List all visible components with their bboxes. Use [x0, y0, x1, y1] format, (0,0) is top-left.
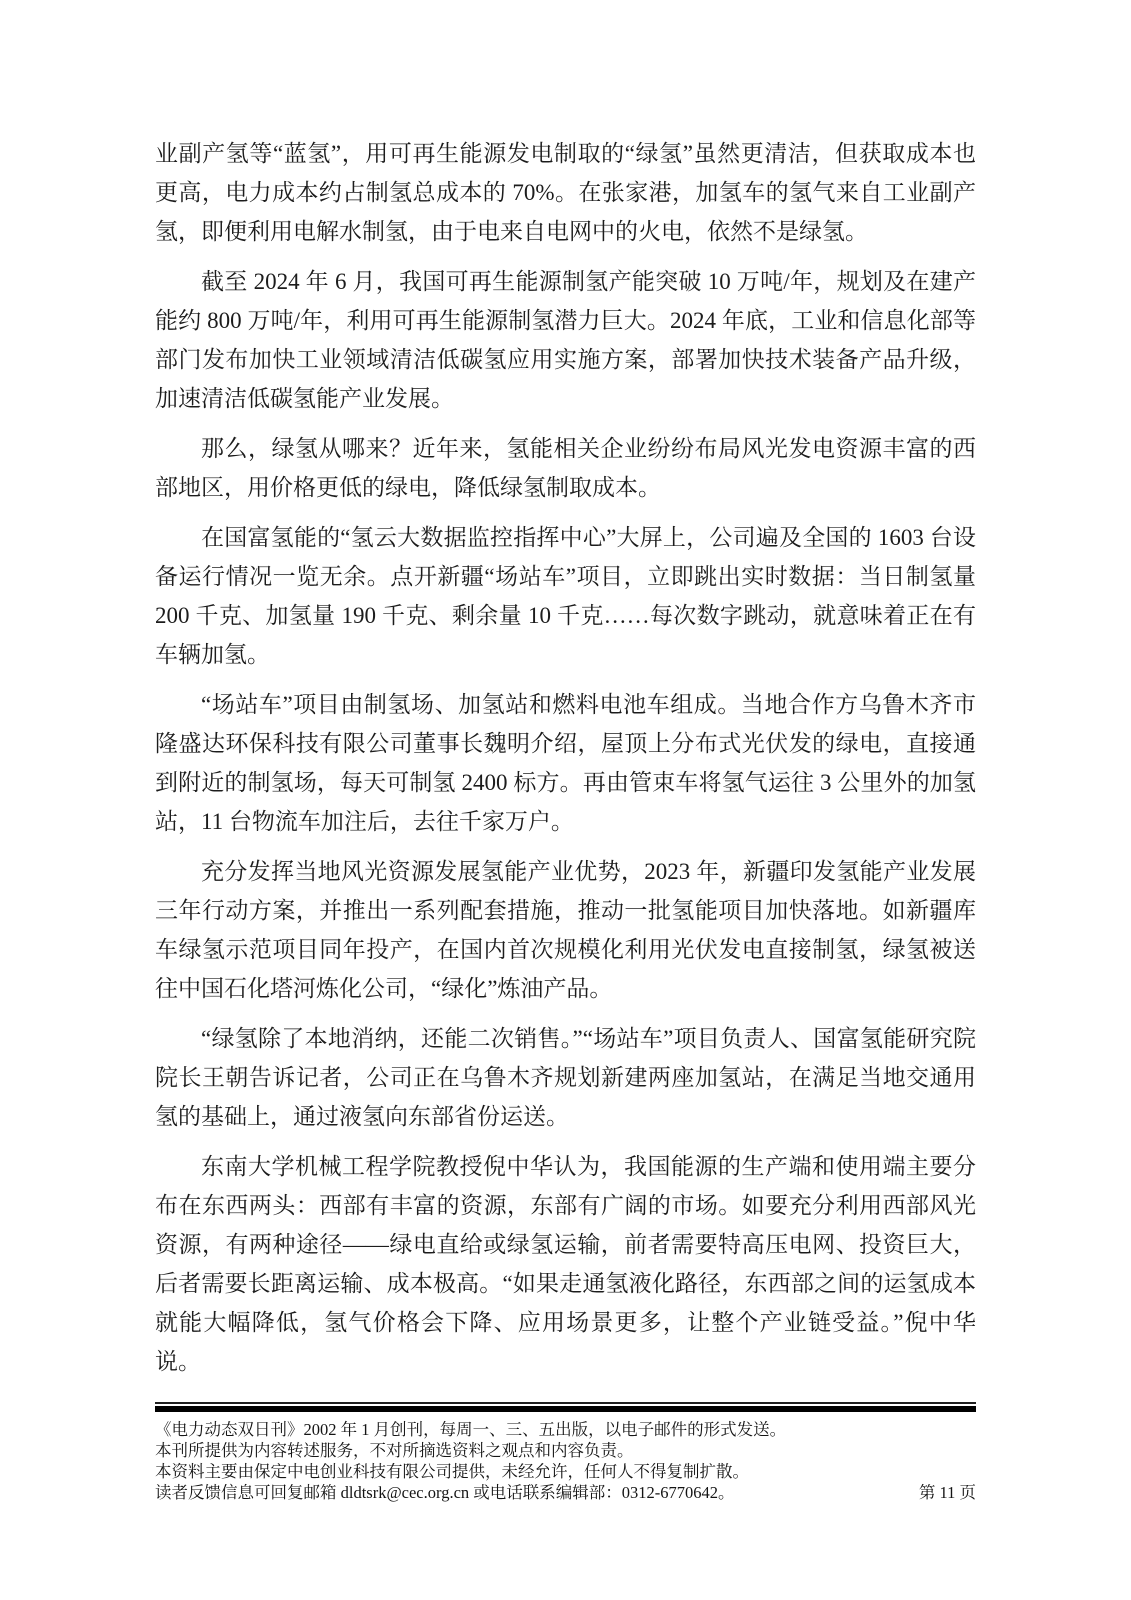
paragraph: “场站车”项目由制氢场、加氢站和燃料电池车组成。当地合作方乌鲁木齐市隆盛达环保科… — [155, 685, 976, 841]
footer-rule-thick-line — [155, 1406, 976, 1412]
footer-line-copyright: 本资料主要由保定中电创业科技有限公司提供，未经允许，任何人不得复制扩散。 — [155, 1461, 976, 1482]
article-body: 业副产氢等“蓝氢”，用可再生能源发电制取的“绿氢”虽然更清洁，但获取成本也更高，… — [155, 134, 976, 1392]
paragraph: 充分发挥当地风光资源发展氢能产业优势，2023 年，新疆印发氢能产业发展三年行动… — [155, 852, 976, 1008]
page-footer: 《电力动态双日刊》2002 年 1 月创刊，每周一、三、五出版，以电子邮件的形式… — [155, 1402, 976, 1503]
footer-line-disclaimer: 本刊所提供为内容转述服务，不对所摘选资料之观点和内容负责。 — [155, 1440, 976, 1461]
footer-contact-text: 读者反馈信息可回复邮箱 dldtsrk@cec.org.cn 或电话联系编辑部：… — [155, 1482, 735, 1503]
paragraph: 在国富氢能的“氢云大数据监控指挥中心”大屏上，公司遍及全国的 1603 台设备运… — [155, 518, 976, 674]
footer-line-contact: 读者反馈信息可回复邮箱 dldtsrk@cec.org.cn 或电话联系编辑部：… — [155, 1482, 976, 1503]
paragraph: 业副产氢等“蓝氢”，用可再生能源发电制取的“绿氢”虽然更清洁，但获取成本也更高，… — [155, 134, 976, 251]
page-number: 第 11 页 — [919, 1482, 976, 1503]
paragraph: 截至 2024 年 6 月，我国可再生能源制氢产能突破 10 万吨/年，规划及在… — [155, 262, 976, 418]
paragraph: “绿氢除了本地消纳，还能二次销售。”“场站车”项目负责人、国富氢能研究院院长王朝… — [155, 1019, 976, 1136]
document-page: 业副产氢等“蓝氢”，用可再生能源发电制取的“绿氢”虽然更清洁，但获取成本也更高，… — [0, 0, 1131, 1600]
paragraph: 那么，绿氢从哪来？近年来，氢能相关企业纷纷布局风光发电资源丰富的西部地区，用价格… — [155, 429, 976, 507]
footer-text-block: 《电力动态双日刊》2002 年 1 月创刊，每周一、三、五出版，以电子邮件的形式… — [155, 1419, 976, 1503]
footer-line-publication-info: 《电力动态双日刊》2002 年 1 月创刊，每周一、三、五出版，以电子邮件的形式… — [155, 1419, 976, 1440]
paragraph: 东南大学机械工程学院教授倪中华认为，我国能源的生产端和使用端主要分布在东西两头：… — [155, 1147, 976, 1381]
footer-rule-divider — [155, 1402, 976, 1412]
